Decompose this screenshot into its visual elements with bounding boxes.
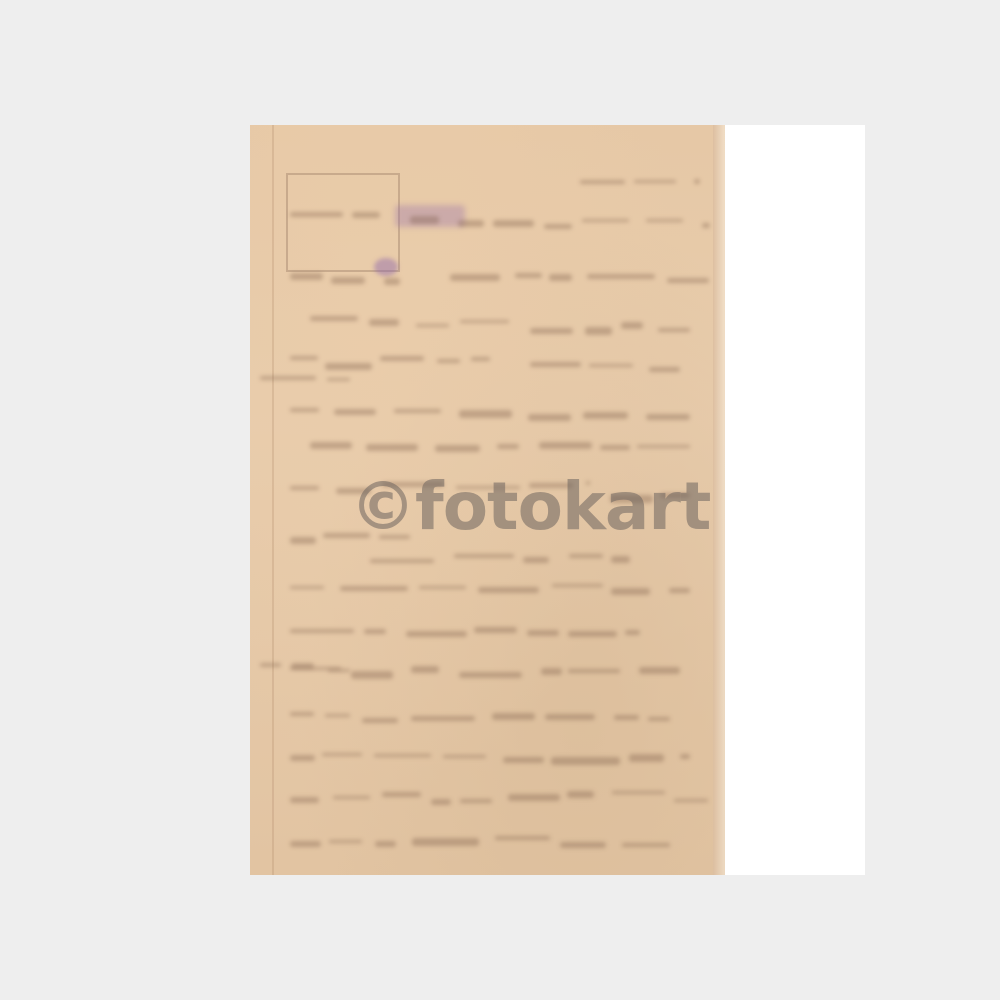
handwriting-stroke — [508, 794, 560, 801]
margin-line — [272, 125, 274, 875]
handwriting-stroke — [437, 359, 460, 363]
handwriting-stroke — [431, 799, 451, 805]
handwriting-stroke — [622, 843, 670, 847]
handwriting-stroke — [290, 537, 316, 544]
handwriting-stroke — [551, 757, 619, 765]
handwriting-stroke — [646, 414, 690, 420]
handwriting-stroke — [260, 663, 281, 667]
handwriting-stroke — [539, 442, 592, 448]
handwriting-stroke — [351, 671, 393, 679]
handwriting-stroke — [649, 367, 680, 372]
handwriting-stroke — [549, 274, 571, 280]
handwriting-stroke — [552, 584, 603, 587]
handwriting-stroke — [325, 714, 351, 718]
handwriting-stroke — [290, 486, 319, 490]
handwriting-stroke — [290, 273, 323, 280]
handwriting-stroke — [541, 668, 562, 674]
handwriting-stroke — [503, 757, 544, 764]
handwriting-stroke — [329, 840, 362, 843]
handwriting-stroke — [435, 445, 480, 452]
handwriting-stroke — [629, 754, 664, 762]
handwriting-stroke — [492, 713, 535, 720]
handwriting-stroke — [600, 445, 630, 450]
handwriting-stroke — [568, 631, 617, 636]
handwriting-stroke — [328, 669, 350, 672]
handwriting-stroke — [325, 363, 372, 370]
handwriting-stroke — [680, 754, 690, 759]
handwriting-stroke — [580, 180, 625, 184]
handwriting-stroke — [375, 841, 396, 848]
handwriting-stroke — [567, 791, 594, 798]
handwriting-stroke — [419, 586, 467, 590]
handwriting-stroke — [587, 274, 655, 279]
handwriting-stroke — [583, 412, 628, 419]
handwriting-stroke — [621, 322, 642, 329]
handwriting-stroke — [459, 410, 512, 418]
handwriting-stroke — [384, 278, 400, 285]
handwriting-stroke — [290, 797, 319, 803]
handwriting-stroke — [394, 409, 440, 413]
handwriting-stroke — [370, 559, 434, 564]
handwriting-stroke — [340, 586, 408, 591]
handwriting-stroke — [658, 328, 690, 332]
handwriting-stroke — [634, 180, 676, 183]
handwriting-stroke — [495, 836, 550, 840]
handwriting-stroke — [694, 179, 700, 183]
handwriting-stroke — [614, 715, 639, 720]
handwriting-stroke — [443, 755, 485, 758]
handwriting-stroke — [460, 799, 492, 803]
handwriting-stroke — [416, 324, 449, 327]
handwriting-stroke — [380, 356, 425, 360]
handwriting-stroke — [530, 328, 573, 334]
handwriting-stroke — [560, 842, 605, 848]
handwriting-stroke — [290, 629, 354, 633]
handwriting-stroke — [625, 630, 640, 635]
handwriting-stroke — [530, 362, 581, 367]
handwriting-stroke — [585, 327, 611, 334]
handwriting-stroke — [612, 791, 665, 794]
handwriting-stroke — [290, 712, 314, 716]
handwriting-stroke — [544, 224, 573, 229]
handwriting-stroke — [291, 663, 314, 668]
handwriting-stroke — [637, 445, 690, 448]
purple-stamp-mark — [374, 258, 398, 276]
handwriting-stroke — [290, 408, 319, 411]
handwriting-stroke — [527, 630, 559, 636]
handwriting-stroke — [260, 376, 316, 380]
handwriting-stroke — [648, 717, 670, 721]
handwriting-stroke — [669, 588, 690, 593]
handwriting-stroke — [327, 378, 350, 381]
image-frame: ©fotokart — [250, 125, 865, 875]
handwriting-stroke — [290, 841, 321, 847]
handwriting-stroke — [639, 667, 680, 673]
handwriting-stroke — [331, 277, 365, 284]
handwriting-stroke — [460, 320, 509, 323]
handwriting-stroke — [478, 587, 539, 593]
handwriting-stroke — [568, 669, 620, 673]
handwriting-stroke — [674, 799, 709, 802]
paper-edge — [713, 125, 725, 875]
handwriting-stroke — [459, 672, 521, 678]
handwriting-stroke — [497, 444, 520, 449]
handwriting-stroke — [523, 557, 550, 563]
handwriting-stroke — [471, 357, 490, 361]
handwriting-stroke — [334, 409, 376, 415]
handwriting-stroke — [412, 838, 479, 845]
handwriting-stroke — [450, 274, 500, 281]
handwriting-stroke — [582, 219, 629, 223]
handwriting-stroke — [366, 444, 419, 451]
handwriting-stroke — [290, 755, 315, 762]
handwriting-stroke — [290, 586, 324, 590]
handwriting-stroke — [611, 588, 650, 595]
handwriting-stroke — [411, 666, 439, 673]
handwriting-stroke — [290, 212, 343, 217]
handwriting-stroke — [310, 316, 358, 321]
handwriting-stroke — [702, 223, 710, 228]
watermark-text: ©fotokart — [350, 468, 710, 545]
handwriting-stroke — [333, 796, 370, 799]
handwriting-stroke — [369, 319, 400, 325]
handwriting-stroke — [589, 364, 633, 367]
handwriting-stroke — [310, 442, 352, 450]
handwriting-stroke — [474, 627, 517, 632]
handwriting-stroke — [374, 754, 430, 757]
handwriting-stroke — [667, 278, 709, 283]
handwriting-stroke — [458, 220, 484, 228]
handwriting-stroke — [290, 356, 318, 359]
handwriting-stroke — [646, 219, 684, 222]
handwriting-stroke — [454, 554, 514, 557]
handwriting-stroke — [611, 556, 630, 563]
handwriting-stroke — [528, 414, 571, 421]
handwriting-stroke — [322, 753, 362, 756]
handwriting-stroke — [364, 629, 387, 634]
handwriting-stroke — [352, 212, 380, 218]
handwriting-stroke — [569, 554, 603, 559]
handwriting-stroke — [515, 273, 542, 278]
handwriting-stroke — [382, 792, 421, 798]
handwriting-stroke — [545, 714, 596, 719]
handwriting-stroke — [410, 216, 439, 224]
handwriting-stroke — [411, 716, 476, 721]
handwriting-stroke — [406, 631, 467, 637]
handwriting-stroke — [493, 220, 534, 226]
handwriting-stroke — [362, 718, 398, 723]
